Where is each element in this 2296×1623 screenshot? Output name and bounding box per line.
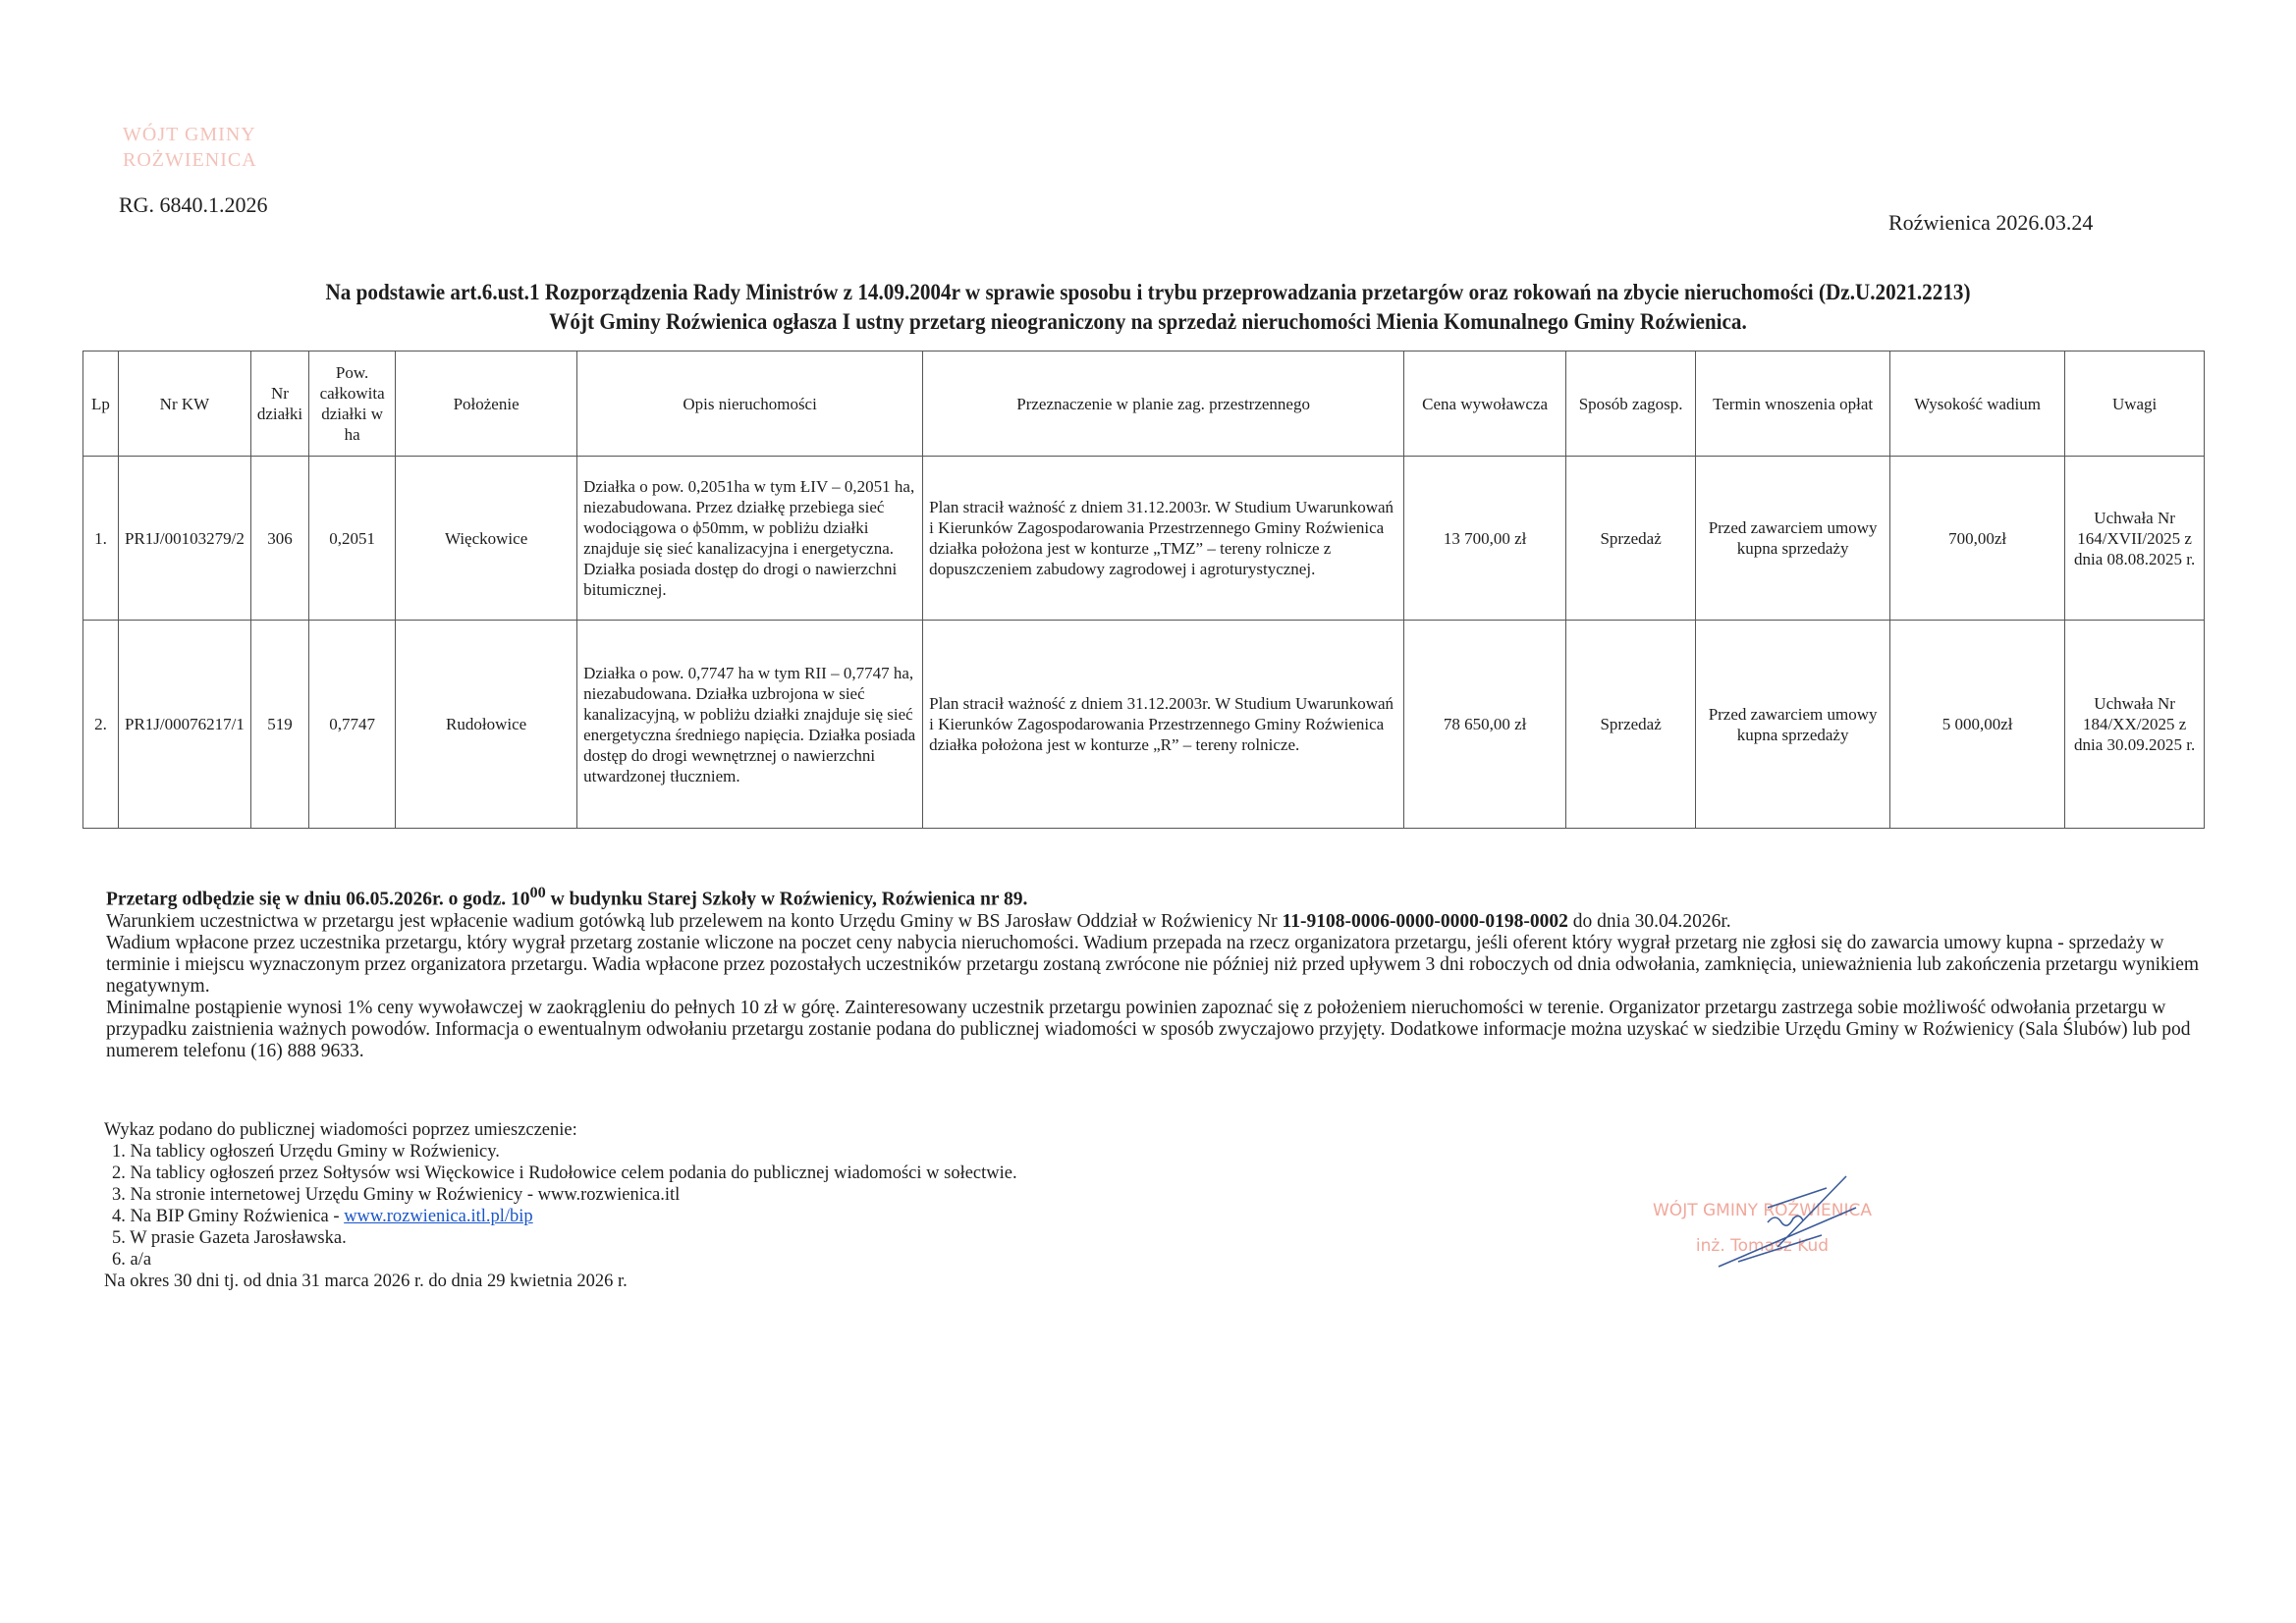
cell-polozenie: Rudołowice [396, 621, 577, 829]
cell-lp: 2. [83, 621, 119, 829]
stamp-line: WÓJT GMINY [123, 122, 257, 147]
auction-time-minutes: 00 [530, 884, 546, 901]
cell-uwagi: Uchwała Nr 184/XX/2025 z dnia 30.09.2025… [2065, 621, 2205, 829]
cell-opis: Działka o pow. 0,7747 ha w tym RII – 0,7… [577, 621, 923, 829]
publication-item: 5. W prasie Gazeta Jarosławska. [104, 1227, 1017, 1249]
publication-item: 2. Na tablicy ogłoszeń przez Sołtysów ws… [104, 1163, 1017, 1184]
cell-lp: 1. [83, 457, 119, 621]
reference-number: RG. 6840.1.2026 [119, 192, 268, 218]
cell-nr-dzialki: 519 [250, 621, 308, 829]
cell-wadium: 5 000,00zł [1890, 621, 2065, 829]
col-sposob: Sposób zagosp. [1566, 352, 1696, 457]
col-nr-dzialki: Nr działki [250, 352, 308, 457]
cell-przeznaczenie: Plan stracił ważność z dniem 31.12.2003r… [923, 621, 1404, 829]
col-polozenie: Położenie [396, 352, 577, 457]
col-lp: Lp [83, 352, 119, 457]
cell-cena: 13 700,00 zł [1404, 457, 1566, 621]
table-header-row: Lp Nr KW Nr działki Pow. całkowita dział… [83, 352, 2205, 457]
cell-nr-dzialki: 306 [250, 457, 308, 621]
place-date: Roźwienica 2026.03.24 [1888, 210, 2093, 236]
cell-nr-kw: PR1J/00076217/1 [119, 621, 251, 829]
cell-nr-kw: PR1J/00103279/2 [119, 457, 251, 621]
auction-date-line: Przetarg odbędzie się w dniu 06.05.2026r… [106, 882, 2227, 911]
office-stamp-top: WÓJT GMINY ROŻWIENICA [123, 122, 257, 173]
auction-info: Przetarg odbędzie się w dniu 06.05.2026r… [106, 882, 2227, 1062]
deposit-deadline: do dnia 30.04.2026r. [1568, 911, 1731, 932]
cell-termin: Przed zawarciem umowy kupna sprzedaży [1696, 621, 1890, 829]
handwritten-signature-icon [1709, 1168, 1905, 1276]
col-przeznaczenie: Przeznaczenie w planie zag. przestrzenne… [923, 352, 1404, 457]
publication-list: Wykaz podano do publicznej wiadomości po… [104, 1119, 1017, 1292]
cell-termin: Przed zawarciem umowy kupna sprzedaży [1696, 457, 1890, 621]
cell-sposob: Sprzedaż [1566, 621, 1696, 829]
col-powierzchnia: Pow. całkowita działki w ha [309, 352, 396, 457]
auction-rules: Minimalne postąpienie wynosi 1% ceny wyw… [106, 998, 2227, 1062]
table-row: 1. PR1J/00103279/2 306 0,2051 Więckowice… [83, 457, 2205, 621]
deposit-text: Warunkiem uczestnictwa w przetargu jest … [106, 911, 1283, 932]
cell-przeznaczenie: Plan stracił ważność z dniem 31.12.2003r… [923, 457, 1404, 621]
cell-polozenie: Więckowice [396, 457, 577, 621]
publication-item: 3. Na stronie internetowej Urzędu Gminy … [104, 1184, 1017, 1206]
col-nr-kw: Nr KW [119, 352, 251, 457]
col-termin: Termin wnoszenia opłat [1696, 352, 1890, 457]
col-opis: Opis nieruchomości [577, 352, 923, 457]
publication-item: 4. Na BIP Gminy Roźwienica - www.rozwien… [104, 1206, 1017, 1227]
cell-cena: 78 650,00 zł [1404, 621, 1566, 829]
cell-uwagi: Uchwała Nr 164/XVII/2025 z dnia 08.08.20… [2065, 457, 2205, 621]
deposit-rules: Wadium wpłacone przez uczestnika przetar… [106, 933, 2227, 998]
col-wadium: Wysokość wadium [1890, 352, 2065, 457]
col-cena: Cena wywoławcza [1404, 352, 1566, 457]
publication-intro: Wykaz podano do publicznej wiadomości po… [104, 1119, 1017, 1141]
cell-powierzchnia: 0,7747 [309, 621, 396, 829]
publication-period: Na okres 30 dni tj. od dnia 31 marca 202… [104, 1271, 1017, 1292]
bip-prefix: 4. Na BIP Gminy Roźwienica - [112, 1207, 344, 1226]
stamp-line: ROŻWIENICA [123, 147, 257, 173]
property-table: Lp Nr KW Nr działki Pow. całkowita dział… [82, 351, 2205, 829]
publication-item: 6. a/a [104, 1249, 1017, 1271]
deposit-line: Warunkiem uczestnictwa w przetargu jest … [106, 911, 2227, 933]
cell-wadium: 700,00zł [1890, 457, 2065, 621]
heading-line-1: Na podstawie art.6.ust.1 Rozporządzenia … [92, 278, 2205, 307]
publication-item: 1. Na tablicy ogłoszeń Urzędu Gminy w Ro… [104, 1141, 1017, 1163]
bip-link[interactable]: www.rozwienica.itl.pl/bip [344, 1207, 533, 1226]
cell-sposob: Sprzedaż [1566, 457, 1696, 621]
cell-opis: Działka o pow. 0,2051ha w tym ŁIV – 0,20… [577, 457, 923, 621]
auction-place-text: w budynku Starej Szkoły w Roźwienicy, Ro… [546, 890, 1028, 910]
document-heading: Na podstawie art.6.ust.1 Rozporządzenia … [92, 278, 2205, 337]
auction-date-text: Przetarg odbędzie się w dniu 06.05.2026r… [106, 890, 530, 910]
heading-line-2: Wójt Gminy Roźwienica ogłasza I ustny pr… [92, 307, 2205, 337]
cell-powierzchnia: 0,2051 [309, 457, 396, 621]
bank-account: 11-9108-0006-0000-0000-0198-0002 [1283, 911, 1568, 932]
col-uwagi: Uwagi [2065, 352, 2205, 457]
table-row: 2. PR1J/00076217/1 519 0,7747 Rudołowice… [83, 621, 2205, 829]
